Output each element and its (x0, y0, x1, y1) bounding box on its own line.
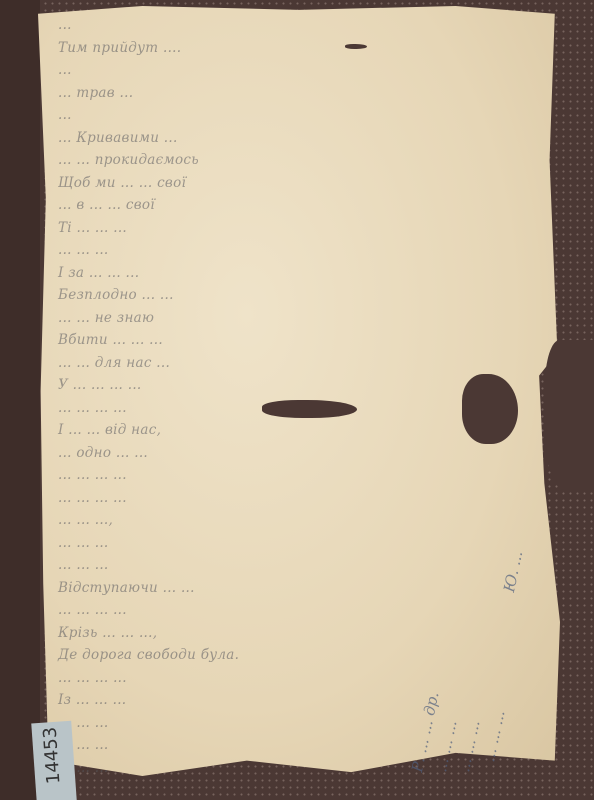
handwritten-text: ... Тим прийдут .... ... ... трав ... ..… (58, 14, 458, 779)
text-line: ... ... ... (58, 532, 458, 555)
text-line: Із ... ... ... (58, 689, 458, 712)
text-line: Безплодно ... ... (58, 284, 458, 307)
text-line: ... ... ... ... (58, 667, 458, 690)
text-line: І за ... ... ... (58, 262, 458, 285)
text-line: ... ... ... (58, 554, 458, 577)
inventory-label: 14453 (31, 721, 76, 800)
text-line: ... (58, 14, 458, 37)
text-line: Щоб ми ... ... свої (58, 172, 458, 195)
text-line: Вбити ... ... ... (58, 329, 458, 352)
text-line: ... в ... ... свої (58, 194, 458, 217)
text-line: ... ... ... (58, 734, 458, 757)
text-line: Відступаючи ... ... (58, 577, 458, 600)
text-line: І ... ... від нас, (58, 419, 458, 442)
text-line: ... ... ... (58, 712, 458, 735)
text-line: ... ... ... ... (58, 464, 458, 487)
text-line: ... одно ... ... (58, 442, 458, 465)
text-line: Ті ... ... ... (58, 217, 458, 240)
text-line: ... ... не знаю (58, 307, 458, 330)
text-line: ... ... ... ... (58, 397, 458, 420)
text-line: Де дорога свободи була. (58, 644, 458, 667)
text-line: ... Кривавими ... (58, 127, 458, 150)
text-line: ... ... ... ... (58, 487, 458, 510)
text-line: ... (58, 59, 458, 82)
text-line: У ... ... ... ... (58, 374, 458, 397)
text-line: ... ... прокидаємось (58, 149, 458, 172)
text-line: ... ... ... (58, 757, 458, 780)
text-line: ... ... для нас ... (58, 352, 458, 375)
text-line: ... ... ... (58, 239, 458, 262)
background-left-edge (0, 0, 40, 800)
tear-hole-right (462, 374, 518, 444)
text-line: Тим прийдут .... (58, 37, 458, 60)
text-line: ... трав ... (58, 82, 458, 105)
text-line: ... ... ... ... (58, 599, 458, 622)
inventory-number: 14453 (40, 726, 65, 785)
text-line: ... (58, 104, 458, 127)
tear-notch-right (545, 340, 594, 490)
text-line: ... ... ..., (58, 509, 458, 532)
text-line: Крізь ... ... ..., (58, 622, 458, 645)
